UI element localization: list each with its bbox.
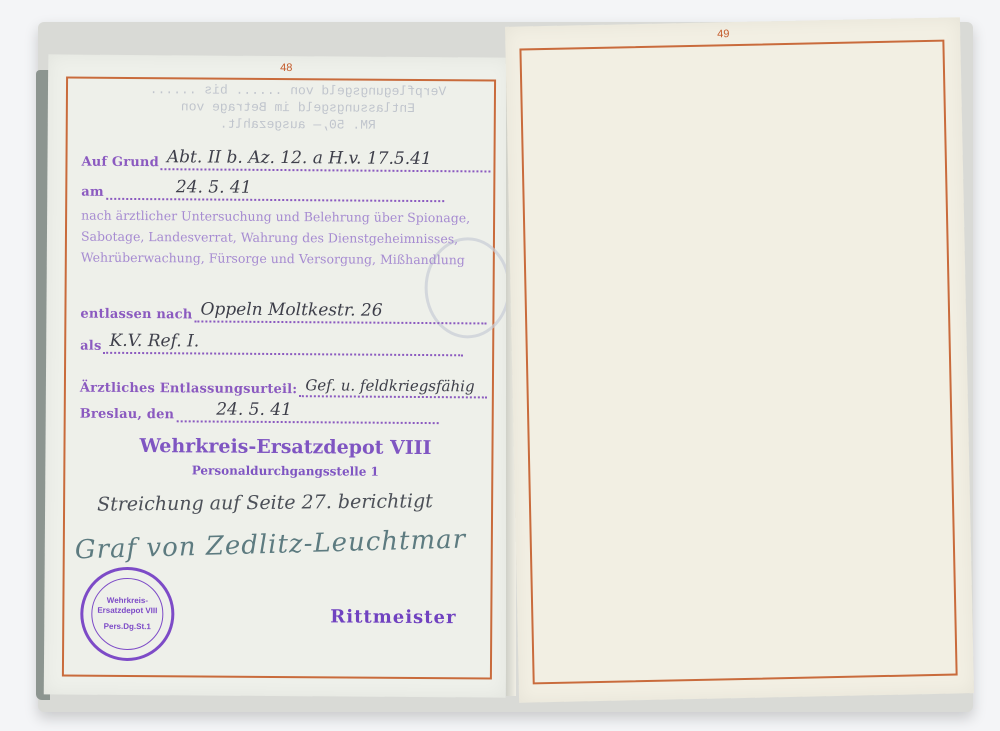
field-value: 24. 5. 41 <box>176 399 438 424</box>
handwritten-note: Streichung auf Seite 27. berichtigt <box>97 490 433 516</box>
field-entlassen-nach: entlassen nach Oppeln Moltkestr. 26 <box>80 299 486 325</box>
printed-form-text: nach ärztlicher Untersuchung und Belehru… <box>81 205 473 271</box>
field-value: Gef. u. feldkriegsfähig <box>299 376 487 398</box>
field-als: als K.V. Ref. I. <box>80 331 463 357</box>
field-urteil: Ärztliches Entlassungsurteil: Gef. u. fe… <box>80 375 488 399</box>
unit-stamp-line-1: Wehrkreis-Ersatzdepot VIII <box>105 435 465 460</box>
field-value: Abt. II b. Az. 12. a H.v. 17.5.41 <box>161 147 491 172</box>
right-page: 49 <box>505 17 974 702</box>
field-ort-datum: Breslau, den 24. 5. 41 <box>80 399 439 425</box>
unit-stamp-line-2: Personaldurchgangsstelle 1 <box>105 463 465 480</box>
field-value: K.V. Ref. I. <box>103 331 463 357</box>
field-value: 24. 5. 41 <box>106 177 444 202</box>
page-number: 48 <box>280 62 292 74</box>
page-frame <box>519 40 957 685</box>
show-through-stamp: Verpflegungsgeld von ...... bis ...... E… <box>148 81 448 134</box>
round-stamp: Wehrkreis-Ersatzdepot VIII Pers.Dg.St.1 <box>80 567 175 662</box>
field-value: Oppeln Moltkestr. 26 <box>194 299 486 324</box>
rank-stamp: Rittmeister <box>330 606 456 628</box>
page-number: 49 <box>717 28 729 40</box>
field-auf-grund: Auf Grund Abt. II b. Az. 12. a H.v. 17.5… <box>81 147 491 173</box>
left-page: 48 Verpflegungsgeld von ...... bis .....… <box>44 54 510 697</box>
field-am: am 24. 5. 41 <box>81 177 444 203</box>
